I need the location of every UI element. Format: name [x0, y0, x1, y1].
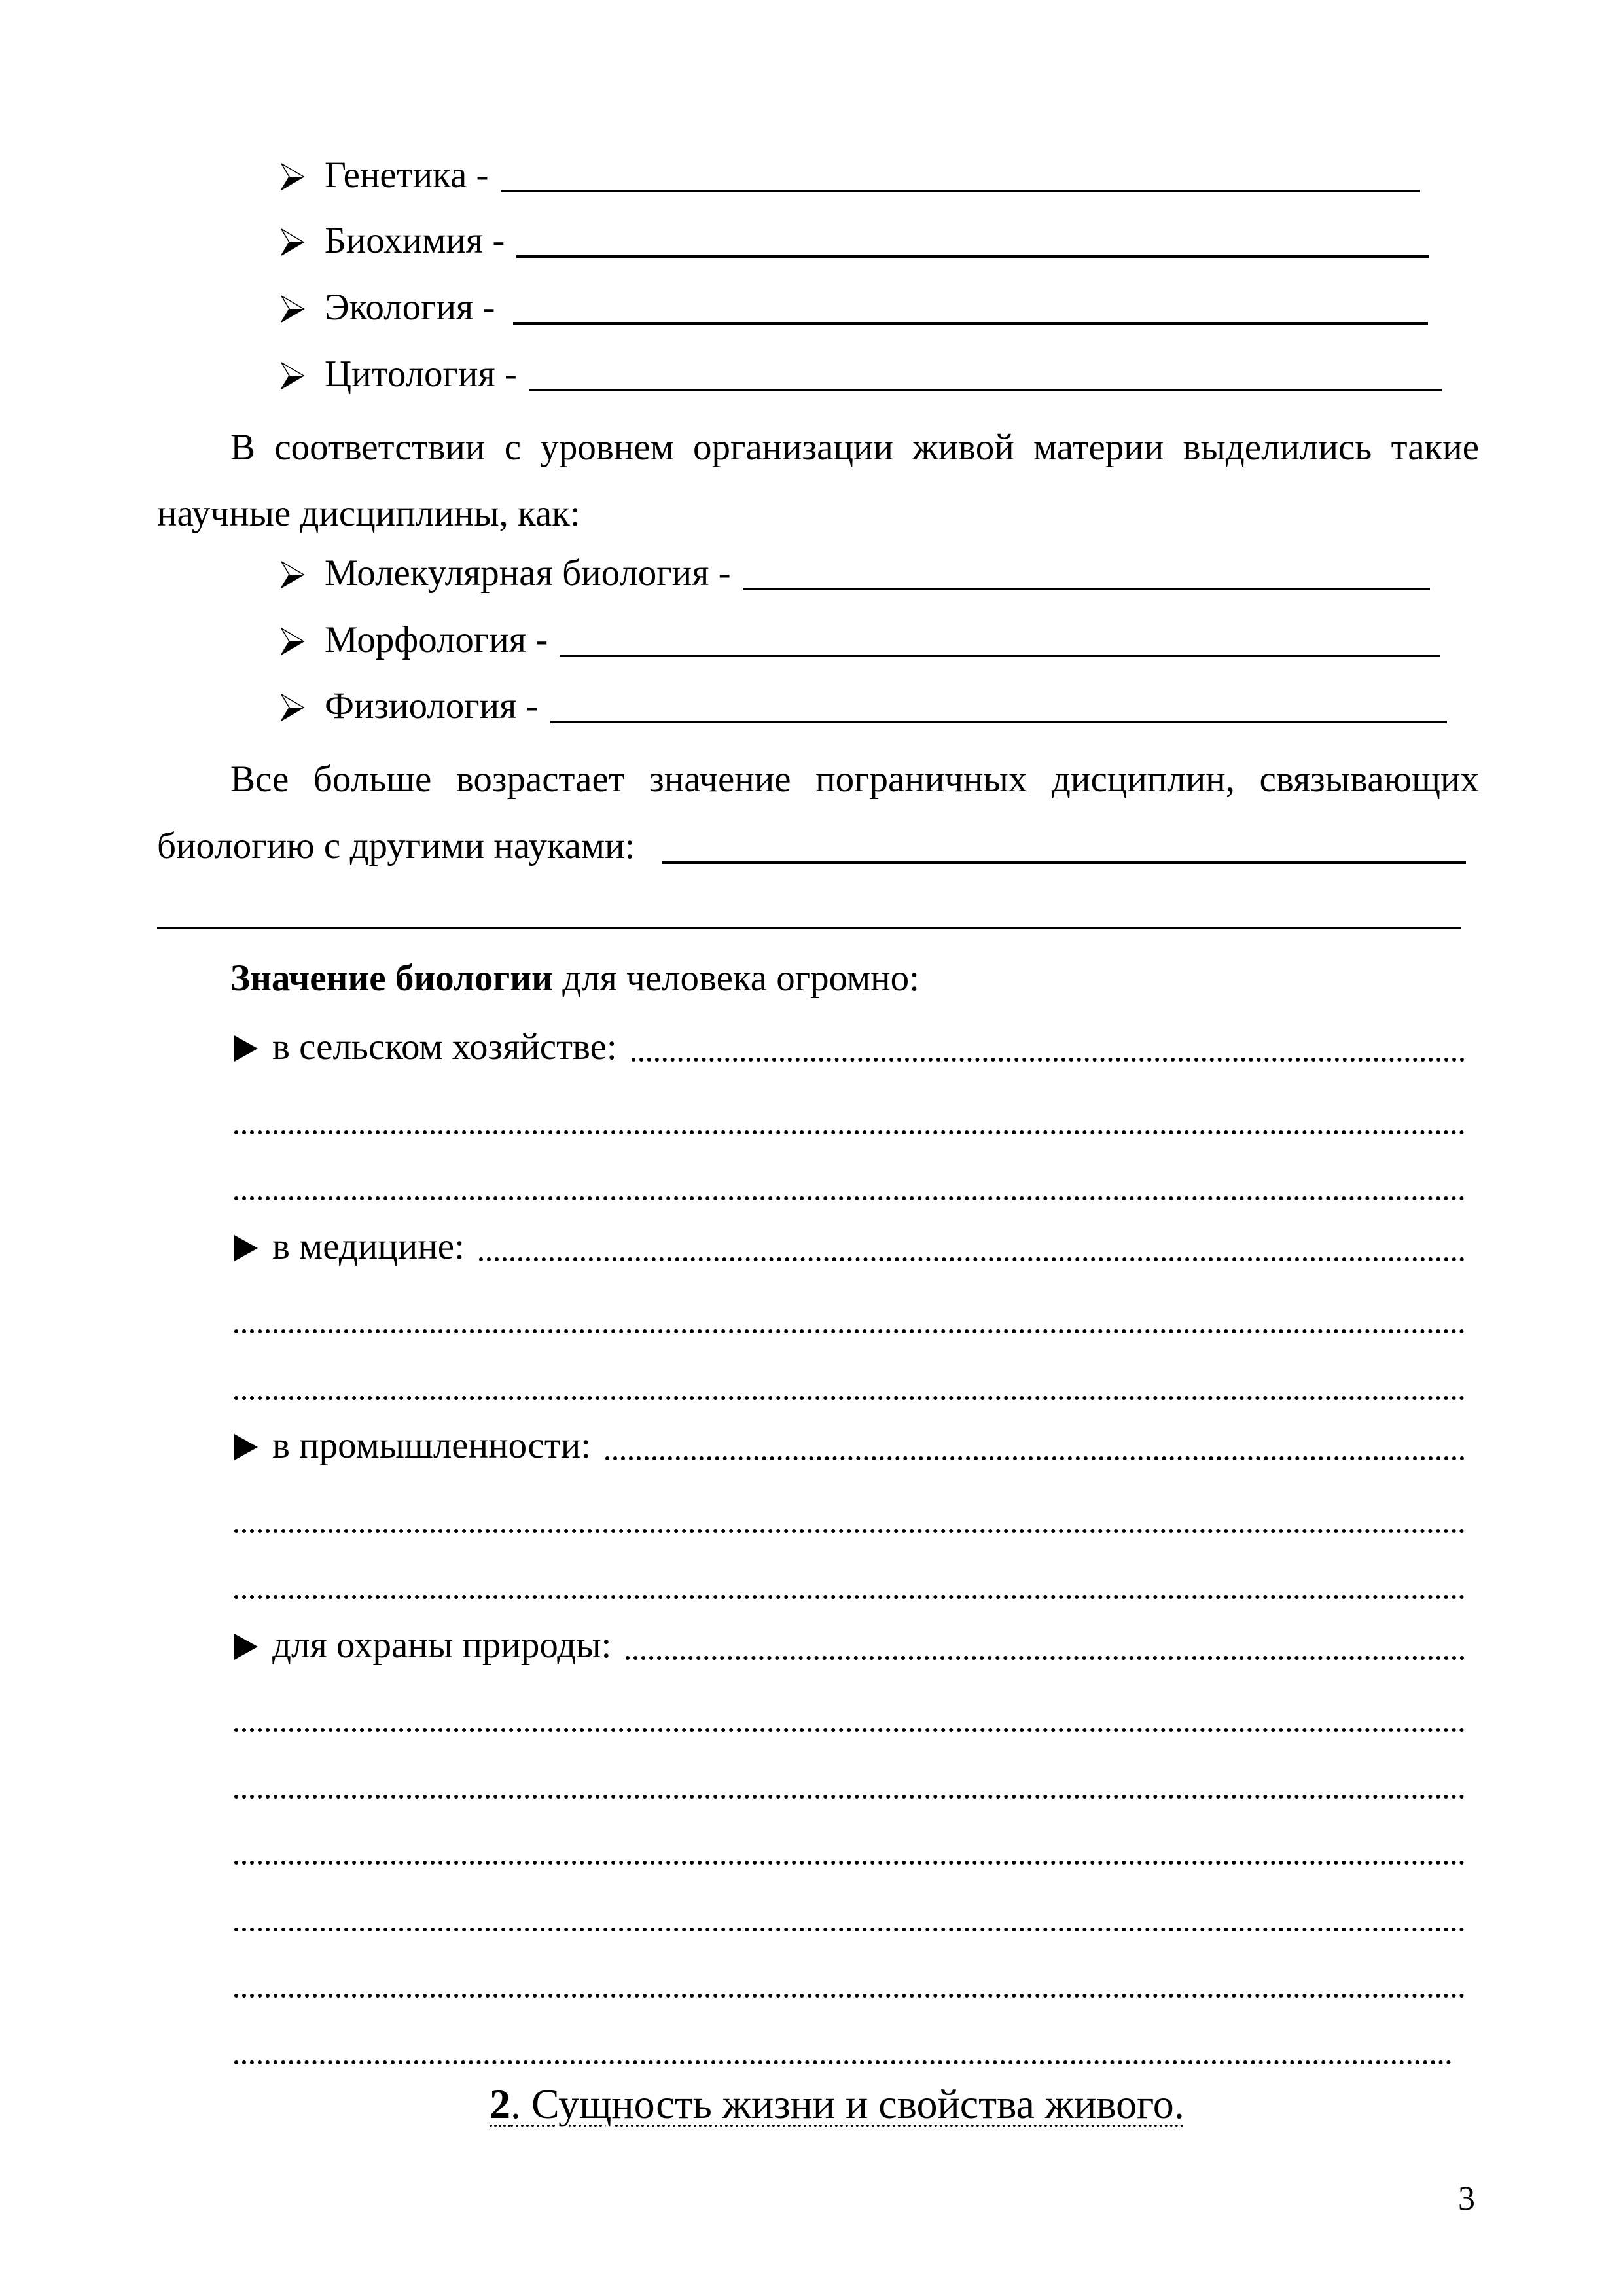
- answer-blank[interactable]: [743, 588, 1430, 590]
- list-item-morphology: Морфология -: [280, 615, 1440, 661]
- heading-number: 2: [490, 2081, 510, 2127]
- arrow-bullet-icon: [280, 693, 305, 722]
- section-heading: 2. Сущность жизни и свойства живого.: [490, 2080, 1185, 2128]
- triangle-bullet-icon: [234, 1035, 258, 1062]
- page-number: 3: [1458, 2179, 1475, 2218]
- discipline-term: Молекулярная биология -: [325, 552, 731, 594]
- heading-title: . Сущность жизни и свойства живого.: [510, 2081, 1185, 2127]
- importance-category: в медицине:: [234, 1225, 1465, 1268]
- answer-blank-full[interactable]: [157, 927, 1461, 929]
- dotted-answer-line[interactable]: [605, 1456, 1465, 1460]
- arrow-bullet-icon: [280, 361, 305, 390]
- discipline-term: Биохимия -: [325, 219, 505, 262]
- dotted-answer-line[interactable]: [234, 1196, 1465, 1200]
- paragraph-border-line2: биологию с другими науками:: [157, 827, 635, 865]
- category-label: в медицине:: [272, 1225, 465, 1268]
- dotted-answer-line[interactable]: [479, 1257, 1465, 1261]
- dotted-answer-line[interactable]: [234, 1928, 1465, 1931]
- discipline-term: Экология -: [325, 286, 495, 329]
- category-label: для охраны природы:: [272, 1624, 611, 1666]
- arrow-bullet-icon: [280, 295, 305, 323]
- arrow-bullet-icon: [280, 162, 305, 191]
- category-label: в промышленности:: [272, 1424, 591, 1467]
- dotted-answer-line[interactable]: [234, 1861, 1465, 1865]
- list-item-physiology: Физиология -: [280, 681, 1447, 727]
- arrow-bullet-icon: [280, 560, 305, 589]
- importance-category: для охраны природы:: [234, 1624, 1465, 1666]
- importance-category: в сельском хозяйстве:: [234, 1026, 1465, 1068]
- answer-blank[interactable]: [662, 861, 1466, 864]
- dotted-answer-line[interactable]: [234, 2060, 1452, 2064]
- dotted-answer-line[interactable]: [626, 1656, 1465, 1660]
- importance-bold: Значение биологии: [230, 958, 553, 999]
- arrow-bullet-icon: [280, 627, 305, 656]
- list-item-cytology: Цитология -: [280, 350, 1442, 395]
- answer-blank[interactable]: [550, 721, 1447, 723]
- category-label: в сельском хозяйстве:: [272, 1026, 617, 1068]
- answer-blank[interactable]: [516, 255, 1429, 258]
- triangle-bullet-icon: [234, 1434, 258, 1460]
- dotted-answer-line[interactable]: [234, 1795, 1465, 1799]
- triangle-bullet-icon: [234, 1235, 258, 1261]
- discipline-term: Физиология -: [325, 685, 539, 727]
- list-item-biochemistry: Биохимия -: [280, 216, 1429, 262]
- arrow-bullet-icon: [280, 228, 305, 257]
- answer-blank[interactable]: [560, 655, 1440, 657]
- dotted-answer-line[interactable]: [234, 1130, 1465, 1134]
- list-item-ecology: Экология -: [280, 283, 1428, 329]
- discipline-term: Морфология -: [325, 619, 548, 661]
- importance-category: в промышленности:: [234, 1424, 1465, 1467]
- answer-blank[interactable]: [513, 322, 1428, 325]
- answer-blank[interactable]: [529, 389, 1442, 391]
- discipline-term: Генетика -: [325, 154, 489, 196]
- importance-intro: Значение биологии для человека огромно:: [230, 960, 919, 997]
- dotted-answer-line[interactable]: [234, 1396, 1465, 1400]
- dotted-answer-line[interactable]: [234, 1994, 1465, 1998]
- paragraph-levels-line2: научные дисциплины, как:: [157, 495, 580, 532]
- paragraph-levels-line1: В соответствии с уровнем организации жив…: [157, 429, 1479, 466]
- list-item-genetics: Генетика -: [280, 151, 1420, 196]
- dotted-answer-line[interactable]: [234, 1529, 1465, 1533]
- dotted-answer-line[interactable]: [234, 1728, 1465, 1732]
- answer-blank[interactable]: [501, 190, 1420, 192]
- triangle-bullet-icon: [234, 1634, 258, 1660]
- importance-rest: для человека огромно:: [553, 958, 919, 999]
- dotted-answer-line[interactable]: [632, 1058, 1465, 1062]
- paragraph-border-line1: Все больше возрастает значение пограничн…: [157, 761, 1479, 798]
- discipline-term: Цитология -: [325, 353, 517, 395]
- dotted-answer-line[interactable]: [234, 1329, 1465, 1333]
- dotted-answer-line[interactable]: [234, 1595, 1465, 1599]
- list-item-molecular-biology: Молекулярная биология -: [280, 548, 1430, 594]
